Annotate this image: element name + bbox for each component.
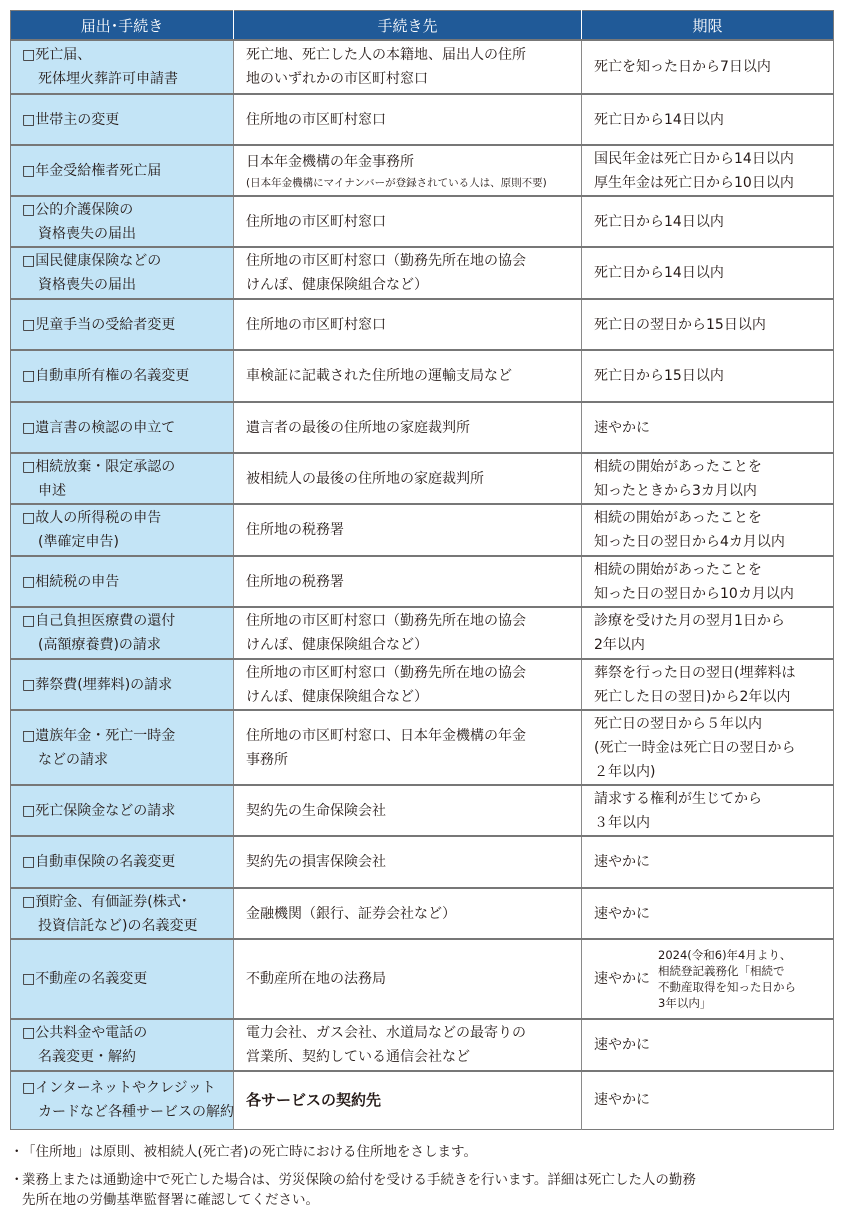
deadline-cell: 葬祭を行った日の翌日(埋葬料は死亡した日の翌日)から2年以内 xyxy=(582,659,834,710)
deadline-cell: 相続の開始があったことを知ったときから3カ月以内 xyxy=(582,453,834,504)
destination-cell: 住所地の市区町村窓口 xyxy=(234,94,582,145)
deadline-cell: 相続の開始があったことを知った日の翌日から10カ月以内 xyxy=(582,556,834,607)
deadline-cell: 国民年金は死亡日から14日以内厚生年金は死亡日から10日以内 xyxy=(582,145,834,196)
table-row: □自己負担医療費の還付(高額療養費)の請求 住所地の市区町村窓口（勤務先所在地の… xyxy=(11,607,834,659)
procedure-cell[interactable]: □自動車所有権の名義変更 xyxy=(11,350,234,402)
procedure-cell[interactable]: □世帯主の変更 xyxy=(11,94,234,145)
deadline-cell: 速やかに xyxy=(582,888,834,939)
destination-cell: 不動産所在地の法務局 xyxy=(234,939,582,1019)
destination-cell: 住所地の市区町村窓口（勤務先所在地の協会けんぽ、健康保険組合など） xyxy=(234,607,582,659)
header-procedure: 届出･手続き xyxy=(11,11,234,41)
destination-cell: 契約先の損害保険会社 xyxy=(234,836,582,888)
table-row: □遺族年金・死亡一時金などの請求 住所地の市区町村窓口、日本年金機構の年金事務所… xyxy=(11,710,834,785)
deadline-cell: 速やかに xyxy=(582,1019,834,1071)
procedure-cell[interactable]: □公共料金や電話の名義変更・解約 xyxy=(11,1019,234,1071)
table-row: □自動車所有権の名義変更 車検証に記載された住所地の運輸支局など 死亡日から15… xyxy=(11,350,834,402)
procedure-cell[interactable]: □死亡保険金などの請求 xyxy=(11,785,234,836)
table-row: □相続放棄・限定承認の申述 被相続人の最後の住所地の家庭裁判所 相続の開始があっ… xyxy=(11,453,834,504)
destination-cell: 電力会社、ガス会社、水道局などの最寄りの営業所、契約している通信会社など xyxy=(234,1019,582,1071)
destination-cell: 各サービスの契約先 xyxy=(234,1071,582,1129)
table-row: □死亡届、死体埋火葬許可申請書 死亡地、死亡した人の本籍地、届出人の住所地のいず… xyxy=(11,40,834,94)
destination-cell: 車検証に記載された住所地の運輸支局など xyxy=(234,350,582,402)
procedure-cell[interactable]: □遺言書の検認の申立て xyxy=(11,402,234,453)
destination-cell: 住所地の市区町村窓口 xyxy=(234,196,582,247)
table-header-row: 届出･手続き 手続き先 期限 xyxy=(11,11,834,41)
procedure-cell[interactable]: □自己負担医療費の還付(高額療養費)の請求 xyxy=(11,607,234,659)
deadline-cell: 死亡日から14日以内 xyxy=(582,247,834,299)
table-row: □不動産の名義変更 不動産所在地の法務局 速やかに 2024(令和6)年4月より… xyxy=(11,939,834,1019)
deadline-cell: 速やかに 2024(令和6)年4月より、 相続登記義務化「相続で 不動産取得を知… xyxy=(582,939,834,1019)
deadline-cell: 死亡日の翌日から５年以内(死亡一時金は死亡日の翌日から２年以内) xyxy=(582,710,834,785)
table-row: □インターネットやクレジットカードなど各種サービスの解約 各サービスの契約先 速… xyxy=(11,1071,834,1129)
table-row: □国民健康保険などの資格喪失の届出 住所地の市区町村窓口（勤務先所在地の協会けん… xyxy=(11,247,834,299)
procedure-cell[interactable]: □故人の所得税の申告(準確定申告) xyxy=(11,504,234,556)
deadline-cell: 速やかに xyxy=(582,1071,834,1129)
table-row: □遺言書の検認の申立て 遺言者の最後の住所地の家庭裁判所 速やかに xyxy=(11,402,834,453)
table-row: □預貯金、有価証券(株式･投資信託など)の名義変更 金融機関（銀行、証券会社など… xyxy=(11,888,834,939)
destination-cell: 住所地の市区町村窓口（勤務先所在地の協会けんぽ、健康保険組合など） xyxy=(234,247,582,299)
header-destination: 手続き先 xyxy=(234,11,582,41)
table-row: □故人の所得税の申告(準確定申告) 住所地の税務署 相続の開始があったことを知っ… xyxy=(11,504,834,556)
destination-cell: 住所地の市区町村窓口、日本年金機構の年金事務所 xyxy=(234,710,582,785)
procedure-cell[interactable]: □葬祭費(埋葬料)の請求 xyxy=(11,659,234,710)
procedure-cell[interactable]: □年金受給権者死亡届 xyxy=(11,145,234,196)
procedure-cell[interactable]: □相続放棄・限定承認の申述 xyxy=(11,453,234,504)
procedure-cell[interactable]: □相続税の申告 xyxy=(11,556,234,607)
deadline-cell: 死亡日から15日以内 xyxy=(582,350,834,402)
header-deadline: 期限 xyxy=(582,11,834,41)
destination-cell: 契約先の生命保険会社 xyxy=(234,785,582,836)
table-row: □公的介護保険の資格喪失の届出 住所地の市区町村窓口 死亡日から14日以内 xyxy=(11,196,834,247)
destination-cell: 住所地の市区町村窓口 xyxy=(234,299,582,350)
deadline-cell: 死亡日の翌日から15日以内 xyxy=(582,299,834,350)
table-row: □葬祭費(埋葬料)の請求 住所地の市区町村窓口（勤務先所在地の協会けんぽ、健康保… xyxy=(11,659,834,710)
destination-cell: 死亡地、死亡した人の本籍地、届出人の住所地のいずれかの市区町村窓口 xyxy=(234,40,582,94)
table-row: □世帯主の変更 住所地の市区町村窓口 死亡日から14日以内 xyxy=(11,94,834,145)
deadline-cell: 死亡日から14日以内 xyxy=(582,196,834,247)
table-row: □自動車保険の名義変更 契約先の損害保険会社 速やかに xyxy=(11,836,834,888)
destination-cell: 住所地の税務署 xyxy=(234,504,582,556)
deadline-cell: 相続の開始があったことを知った日の翌日から4カ月以内 xyxy=(582,504,834,556)
registration-obligation-note: 2024(令和6)年4月より、 相続登記義務化「相続で 不動産取得を知った日から… xyxy=(658,947,796,1011)
destination-cell: 被相続人の最後の住所地の家庭裁判所 xyxy=(234,453,582,504)
procedure-cell[interactable]: □公的介護保険の資格喪失の届出 xyxy=(11,196,234,247)
table-row: □公共料金や電話の名義変更・解約 電力会社、ガス会社、水道局などの最寄りの営業所… xyxy=(11,1019,834,1071)
table-row: □児童手当の受給者変更 住所地の市区町村窓口 死亡日の翌日から15日以内 xyxy=(11,299,834,350)
mynumber-note: (日本年金機構にマイナンバーが登録されている人は、原則不要) xyxy=(246,174,575,192)
procedures-table: 届出･手続き 手続き先 期限 □死亡届、死体埋火葬許可申請書 死亡地、死亡した人… xyxy=(10,10,834,1130)
table-row: □年金受給権者死亡届 日本年金機構の年金事務所(日本年金機構にマイナンバーが登録… xyxy=(11,145,834,196)
deadline-cell: 死亡を知った日から7日以内 xyxy=(582,40,834,94)
procedure-cell[interactable]: □遺族年金・死亡一時金などの請求 xyxy=(11,710,234,785)
destination-cell: 金融機関（銀行、証券会社など） xyxy=(234,888,582,939)
destination-cell: 住所地の市区町村窓口（勤務先所在地の協会けんぽ、健康保険組合など） xyxy=(234,659,582,710)
deadline-cell: 請求する権利が生じてから３年以内 xyxy=(582,785,834,836)
procedure-cell[interactable]: □死亡届、死体埋火葬許可申請書 xyxy=(11,40,234,94)
deadline-cell: 診療を受けた月の翌月1日から2年以内 xyxy=(582,607,834,659)
procedure-cell[interactable]: □不動産の名義変更 xyxy=(11,939,234,1019)
footnote-workplace-accident: ・業務上または通勤途中で死亡した場合は、労災保険の給付を受ける手続きを行います。… xyxy=(10,1170,834,1210)
procedure-cell[interactable]: □インターネットやクレジットカードなど各種サービスの解約 xyxy=(11,1071,234,1129)
deadline-cell: 死亡日から14日以内 xyxy=(582,94,834,145)
destination-cell: 日本年金機構の年金事務所(日本年金機構にマイナンバーが登録されている人は、原則不… xyxy=(234,145,582,196)
procedure-cell[interactable]: □自動車保険の名義変更 xyxy=(11,836,234,888)
footnote-residence: ・「住所地」は原則、被相続人(死亡者)の死亡時における住所地をさします。 xyxy=(10,1142,834,1162)
procedure-cell[interactable]: □国民健康保険などの資格喪失の届出 xyxy=(11,247,234,299)
destination-cell: 遺言者の最後の住所地の家庭裁判所 xyxy=(234,402,582,453)
procedure-cell[interactable]: □預貯金、有価証券(株式･投資信託など)の名義変更 xyxy=(11,888,234,939)
destination-cell: 住所地の税務署 xyxy=(234,556,582,607)
table-row: □死亡保険金などの請求 契約先の生命保険会社 請求する権利が生じてから３年以内 xyxy=(11,785,834,836)
table-row: □相続税の申告 住所地の税務署 相続の開始があったことを知った日の翌日から10カ… xyxy=(11,556,834,607)
deadline-cell: 速やかに xyxy=(582,402,834,453)
procedure-cell[interactable]: □児童手当の受給者変更 xyxy=(11,299,234,350)
deadline-cell: 速やかに xyxy=(582,836,834,888)
